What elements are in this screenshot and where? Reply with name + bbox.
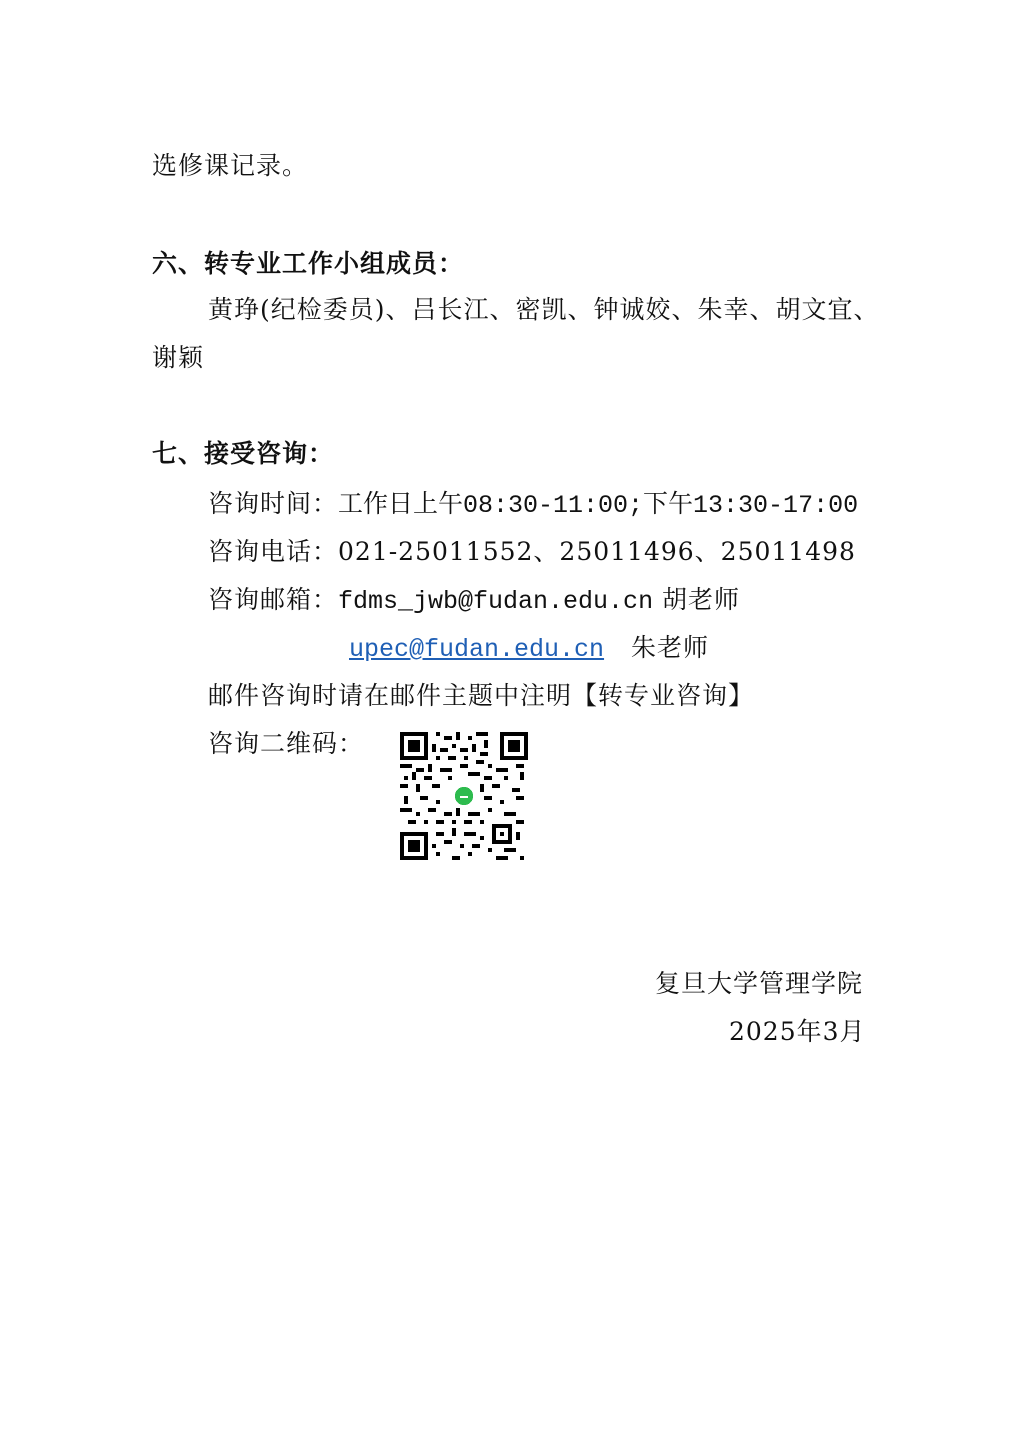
continuation-text: 选修课记录。 bbox=[152, 150, 308, 182]
consult-time-label: 咨询时间： bbox=[208, 489, 338, 518]
consult-time-value: 工作日上午08:30-11:00;下午13:30-17:00 bbox=[338, 491, 858, 520]
qr-code-image bbox=[400, 732, 528, 860]
qr-label: 咨询二维码： bbox=[208, 728, 364, 760]
consult-phone-label: 咨询电话： bbox=[208, 537, 338, 566]
consult-email-row-2: upec@fudan.edu.cn 朱老师 bbox=[349, 632, 709, 666]
email-2-link[interactable]: upec@fudan.edu.cn bbox=[349, 635, 604, 664]
signature-org: 复旦大学管理学院 bbox=[655, 968, 863, 1000]
section-7-heading: 七、接受咨询： bbox=[152, 438, 334, 470]
section-6-heading: 六、转专业工作小组成员： bbox=[152, 248, 464, 280]
email-1-contact: 胡老师 bbox=[662, 585, 740, 614]
email-note: 邮件咨询时请在邮件主题中注明【转专业咨询】 bbox=[208, 680, 754, 712]
members-line-1: 黄琤(纪检委员)、吕长江、密凯、钟诚姣、朱幸、胡文宜、 bbox=[208, 294, 880, 326]
consult-phone-value: 021-25011552、25011496、25011498 bbox=[338, 537, 856, 566]
email-2-contact: 朱老师 bbox=[631, 633, 709, 662]
consult-email-label: 咨询邮箱： bbox=[208, 585, 338, 614]
signature-date: 2025年3月 bbox=[729, 1016, 866, 1048]
consult-email-row: 咨询邮箱：fdms_jwb@fudan.edu.cn 胡老师 bbox=[208, 584, 740, 618]
members-line-2: 谢颖 bbox=[152, 342, 204, 374]
email-1: fdms_jwb@fudan.edu.cn bbox=[338, 587, 653, 616]
consult-phone-row: 咨询电话：021-25011552、25011496、25011498 bbox=[208, 536, 856, 568]
consult-time-row: 咨询时间：工作日上午08:30-11:00;下午13:30-17:00 bbox=[208, 488, 858, 522]
